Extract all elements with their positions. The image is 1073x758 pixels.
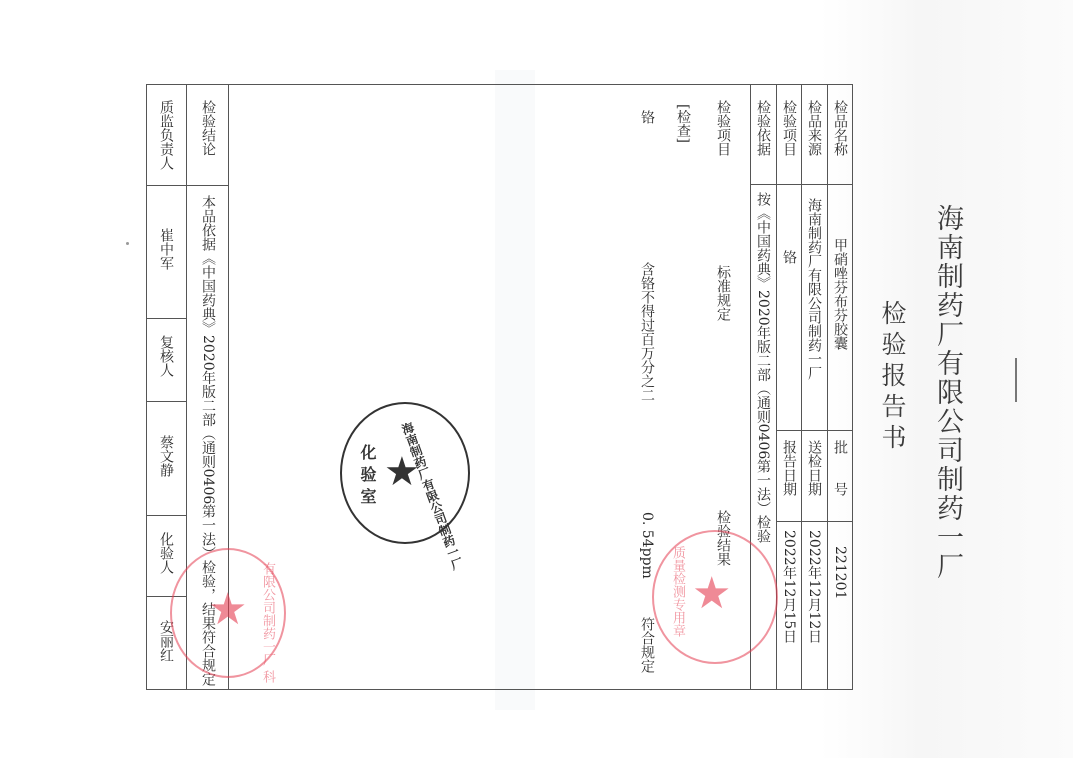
verdict-text: 符合规定 <box>640 617 654 673</box>
table-left-border <box>146 84 147 690</box>
company-title: 海南制药厂有限公司制药一厂 <box>934 204 961 581</box>
col-header-standard: 标准规定 <box>716 265 730 321</box>
col-divider <box>146 318 186 319</box>
signature-role-qa: 质监负责人 <box>159 100 173 170</box>
table-top-border <box>146 84 853 85</box>
value-source: 海南制药厂有限公司制药一厂 <box>807 198 821 380</box>
scan-speck <box>126 242 129 245</box>
section-label: [检查] <box>676 104 690 143</box>
signature-role-reviewer: 复核人 <box>159 335 173 377</box>
qc-stamp-text: 质量检测专用章 <box>668 546 687 637</box>
row-divider <box>827 84 828 690</box>
company-stamp: ★ 有限公司制药一厂 科 <box>170 548 286 678</box>
label-submit-date: 送检日期 <box>807 440 821 496</box>
value-report-date: 2022年12月15日 <box>782 530 796 643</box>
label-basis: 检验依据 <box>756 100 770 156</box>
result-value: 0. 54ppm <box>640 512 654 579</box>
col-divider <box>186 185 228 186</box>
lab-stamp-ring-text: 海南制药厂有限公司制药一厂 <box>398 420 467 572</box>
qc-stamp: ★ 质量检测专用章 <box>652 530 778 664</box>
label-batch: 批 号 <box>833 440 847 496</box>
col-divider <box>750 184 853 185</box>
standard-text: 含铬不得过百万分之二 <box>640 262 654 402</box>
table-bottom-border <box>146 689 853 690</box>
col-divider <box>776 430 853 431</box>
value-batch: 221201 <box>833 546 847 599</box>
row-divider <box>801 84 802 690</box>
conclusion-label: 检验结论 <box>201 100 215 156</box>
table-right-border <box>852 84 853 690</box>
label-report-date: 报告日期 <box>782 440 796 496</box>
col-divider <box>146 185 186 186</box>
item-name: 铬 <box>640 110 654 124</box>
value-test-item: 铬 <box>782 250 796 264</box>
col-divider <box>146 515 186 516</box>
star-icon: ★ <box>208 588 247 632</box>
scan-mark <box>1015 358 1017 402</box>
signature-name-reviewer: 蔡文静 <box>159 435 173 477</box>
col-divider <box>776 521 853 522</box>
label-source: 检品来源 <box>807 100 821 156</box>
col-header-item: 检验项目 <box>716 100 730 156</box>
value-basis: 按《中国药典》2020年版二部（通则0406第一法）检验 <box>756 192 770 543</box>
star-icon: ★ <box>692 572 731 616</box>
report-title: 检验报告书 <box>880 300 905 455</box>
col-divider <box>146 401 186 402</box>
signature-name-qa: 崔中军 <box>159 228 173 270</box>
scan-artifact <box>495 70 535 710</box>
company-stamp-text: 有限公司制药一厂 科 <box>258 562 277 683</box>
lab-stamp-center-text: 化验室 <box>356 444 379 510</box>
value-submit-date: 2022年12月12日 <box>807 530 821 643</box>
signature-role-analyst: 化验人 <box>159 532 173 574</box>
label-test-item: 检验项目 <box>782 100 796 156</box>
lab-stamp: ★ 海南制药厂有限公司制药一厂 化验室 <box>340 402 470 544</box>
value-product-name: 甲硝唑芬布芬胶囊 <box>833 238 847 350</box>
label-product-name: 检品名称 <box>833 100 847 156</box>
